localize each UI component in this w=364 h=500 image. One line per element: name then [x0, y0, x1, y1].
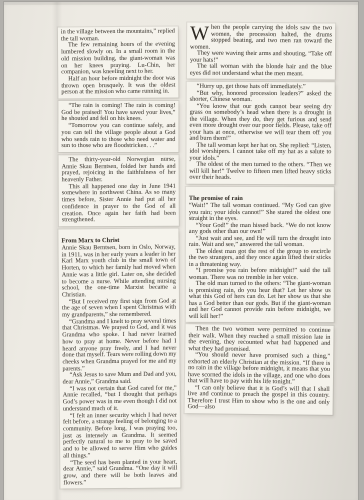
paragraph: Then the two women were permitted to con…	[188, 326, 330, 354]
paragraph: “I can only believe that it is God’s wil…	[188, 384, 330, 412]
paragraph: “You should never have promised such a t…	[188, 352, 330, 386]
paragraph: “Wait!” The tall woman continued. “My Go…	[189, 202, 331, 222]
paragraph: “Just wait and see, and He will turn the…	[189, 235, 331, 248]
pasted-text-strip: “Hurry up, get those hats off immediatel…	[186, 82, 334, 184]
pasted-text-strip: “The rain is coming! The rain is coming!…	[58, 101, 178, 152]
paragraph: “I was not certain that God cared for me…	[63, 385, 177, 413]
paragraph: When the people carrying the idols saw t…	[190, 25, 332, 52]
paragraph: The thirty-year-old Norwegian nurse, Ann…	[62, 157, 176, 184]
paragraph: “But why, honored procession leaders?” a…	[190, 90, 332, 103]
paragraph: The oldest man got the rest of the group…	[189, 248, 331, 268]
paragraph: The tall woman kept her hat on. She repl…	[189, 142, 331, 162]
pasted-text-strip: The promise of rain“Wait!” The tall woma…	[186, 186, 334, 321]
paragraph-text: hen the people carrying the idols saw th…	[190, 24, 332, 50]
paragraph: This all happened one day in June 1941 s…	[62, 184, 176, 225]
right-column: When the people carrying the idols saw t…	[185, 23, 335, 417]
paragraph: “Your God!” the man hissed back. “We do …	[189, 222, 331, 235]
paragraph: The tall woman with the blonde hair and …	[190, 64, 332, 78]
drop-cap: W	[190, 26, 209, 42]
section-heading: The promise of rain	[189, 194, 331, 201]
paragraph: Half an hour before midnight the door wa…	[61, 75, 175, 96]
paragraph: Annie Skau Berntsen, born in Oslo, Norwa…	[62, 245, 176, 300]
paragraph: “You know that our gods cannot bear seei…	[189, 103, 331, 142]
paragraph: The old man turned to the others: “The g…	[189, 280, 331, 319]
paragraph: “Tomorrow you can continue safely, and y…	[61, 123, 175, 150]
paragraph: “But I received my first sign from God a…	[62, 298, 176, 319]
paragraph: “I felt an inner security which I had ne…	[63, 412, 177, 460]
pasted-text-strip: From Marx to ChristAnnie Skau Berntsen, …	[58, 229, 180, 489]
paragraph: “Grandma and I knelt to pray several tim…	[62, 318, 176, 373]
paragraph: “The rain is coming! The rain is coming!…	[61, 103, 175, 123]
pasted-text-strip: When the people carrying the idols saw t…	[187, 23, 335, 80]
left-column: in the village between the mountains,” r…	[58, 27, 180, 492]
pasted-text-strip: The thirty-year-old Norwegian nurse, Ann…	[59, 155, 179, 227]
paragraph: “The seed has been planted in your heart…	[63, 459, 177, 487]
paragraph: The oldest of the men turned to the othe…	[189, 162, 331, 182]
paragraph: “I promise you rain before midnight!” sa…	[189, 267, 331, 280]
pasted-text-strip: Then the two women were permitted to con…	[185, 324, 334, 414]
pasted-text-strip: in the village between the mountains,” r…	[58, 27, 179, 99]
scanned-book-page: in the village between the mountains,” r…	[0, 0, 364, 500]
paragraph: The few remaining hours of the evening l…	[61, 42, 175, 76]
